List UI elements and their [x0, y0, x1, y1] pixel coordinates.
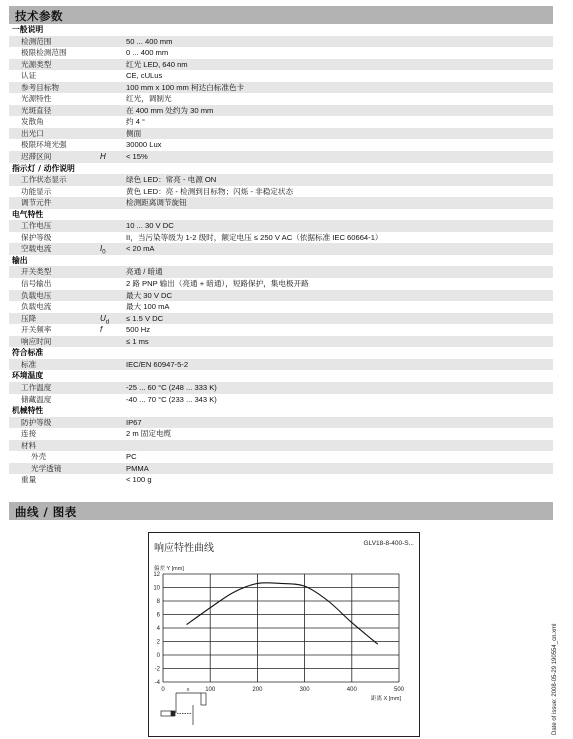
spec-row: 光源特性红光，调制光: [9, 93, 553, 105]
spec-row: 负载电流最大 100 mA: [9, 301, 553, 313]
spec-row: 光学透镜PMMA: [9, 463, 553, 475]
spec-group-header: 环境温度: [9, 370, 553, 382]
spec-group-header: 电气特性: [9, 209, 553, 221]
spec-row: 响应时间≤ 1 ms: [9, 336, 553, 348]
spec-group-header: 一般说明: [9, 24, 553, 36]
spec-value: 绿色 LED：常亮 - 电源 ON: [126, 174, 216, 186]
spec-value: 在 400 mm 处约为 30 mm: [126, 105, 213, 117]
group-title: 机械特性: [12, 405, 43, 417]
spec-value: 检测距离调节旋钮: [126, 197, 187, 209]
spec-row: 极限环境光强30000 Lux: [9, 139, 553, 151]
spec-label: 光源类型: [21, 59, 51, 71]
x-tick-label: 300: [300, 687, 311, 693]
spec-label: 光斑直径: [21, 105, 51, 117]
spec-value: IEC/EN 60947-5-2: [126, 359, 188, 371]
spec-value: 最大 30 V DC: [126, 290, 172, 302]
group-title: 输出: [12, 255, 28, 267]
spec-label: 储藏温度: [21, 394, 51, 406]
spec-row: 检测范围50 ... 400 mm: [9, 36, 553, 48]
y-tick-label: 2: [157, 640, 161, 646]
spec-label: 负载电流: [21, 301, 51, 313]
spec-label: 功能显示: [21, 186, 51, 198]
response-chart: 响应特性曲线 GLV18-8-400-S... 偏差 Y [mm]-4-2024…: [148, 532, 420, 737]
curves-title: 曲线 / 图表: [15, 504, 77, 520]
spec-label: 开关类型: [21, 266, 51, 278]
spec-label: 光源特性: [21, 93, 51, 105]
y-tick-label: 12: [153, 572, 160, 578]
spec-group-header: 符合标准: [9, 347, 553, 359]
tech-params-header: 技术参数: [9, 6, 553, 24]
spec-label: 压降: [21, 313, 36, 325]
spec-value: ≤ 1 ms: [126, 336, 149, 348]
spec-row: 工作温度-25 ... 60 °C (248 ... 333 K): [9, 382, 553, 394]
spec-label: 空载电流: [21, 243, 51, 255]
spec-value: 2 路 PNP 输出（亮通 + 暗通），短路保护，集电极开路: [126, 278, 309, 290]
spec-value: II，当污染等级为 1-2 级时，额定电压 ≤ 250 V AC（依据标准 IE…: [126, 232, 383, 244]
y-tick-label: 8: [157, 599, 161, 605]
spec-value: 100 mm x 100 mm 柯达白标准色卡: [126, 82, 244, 94]
spec-label: 负载电压: [21, 290, 51, 302]
spec-label: 出光口: [21, 128, 44, 140]
spec-row: 负载电压最大 30 V DC: [9, 290, 553, 302]
spec-value: < 100 g: [126, 474, 152, 486]
x-tick-label: 0: [161, 687, 165, 693]
spec-label: 连接: [21, 428, 36, 440]
dimension-x-label: X: [186, 687, 189, 692]
spec-row: 空载电流I0< 20 mA: [9, 243, 553, 255]
spec-group-header: 机械特性: [9, 405, 553, 417]
response-curve: [187, 583, 378, 645]
spec-label: 重量: [21, 474, 36, 486]
group-title: 符合标准: [12, 347, 43, 359]
curves-header: 曲线 / 图表: [9, 502, 553, 520]
spec-value: 约 4 °: [126, 116, 145, 128]
spec-row: 发散角约 4 °: [9, 116, 553, 128]
spec-value: 红光 LED, 640 nm: [126, 59, 188, 71]
group-title: 一般说明: [12, 24, 43, 36]
spec-row: 开关频率f500 Hz: [9, 324, 553, 336]
spec-value: < 15%: [126, 151, 148, 163]
spec-symbol: H: [100, 151, 106, 163]
x-tick-label: 100: [205, 687, 216, 693]
symbol-char: f: [100, 325, 102, 334]
spec-label: 标准: [21, 359, 36, 371]
spec-label: 响应时间: [21, 336, 51, 348]
spec-row: 储藏温度-40 ... 70 °C (233 ... 343 K): [9, 394, 553, 406]
spec-value: PC: [126, 451, 137, 463]
spec-label: 极限环境光强: [21, 139, 67, 151]
spec-value: 亮通 / 暗通: [126, 266, 163, 278]
spec-value: 500 Hz: [126, 324, 150, 336]
spec-label: 极限检测范围: [21, 47, 67, 59]
symbol-char: H: [100, 152, 106, 161]
spec-row: 标准IEC/EN 60947-5-2: [9, 359, 553, 371]
spec-value: 侧面: [126, 128, 141, 140]
tech-params-title: 技术参数: [15, 8, 63, 24]
y-tick-label: 10: [153, 586, 160, 592]
spec-label: 开关频率: [21, 324, 51, 336]
spec-row: 光斑直径在 400 mm 处约为 30 mm: [9, 105, 553, 117]
spec-row: 连接2 m 固定电缆: [9, 428, 553, 440]
spec-row: 参考目标物100 mm x 100 mm 柯达白标准色卡: [9, 82, 553, 94]
spec-value: CE, cULus: [126, 70, 162, 82]
spec-row: 防护等级IP67: [9, 417, 553, 429]
spec-value: 红光，调制光: [126, 93, 172, 105]
spec-row: 重量< 100 g: [9, 474, 553, 486]
issue-date-note: Date of issue: 2008-05-29 190554_cn.xml: [552, 624, 558, 735]
y-axis-label: 偏差 Y [mm]: [154, 564, 184, 572]
y-tick-label: -2: [155, 667, 161, 673]
group-title: 环境温度: [12, 370, 43, 382]
spec-label: 信号输出: [21, 278, 51, 290]
spec-row: 信号输出2 路 PNP 输出（亮通 + 暗通），短路保护，集电极开路: [9, 278, 553, 290]
spec-value: 10 ... 30 V DC: [126, 220, 174, 232]
spec-label: 发散角: [21, 116, 44, 128]
spec-label: 光学透镜: [31, 463, 61, 475]
spec-label: 材料: [21, 440, 36, 452]
spec-row: 调节元件检测距离调节旋钮: [9, 197, 553, 209]
spec-label: 工作温度: [21, 382, 51, 394]
spec-label: 调节元件: [21, 197, 51, 209]
spec-table: 一般说明检测范围50 ... 400 mm极限检测范围0 ... 400 mm光…: [9, 24, 553, 486]
spec-value: PMMA: [126, 463, 149, 475]
spec-value: < 20 mA: [126, 243, 155, 255]
spec-label: 防护等级: [21, 417, 51, 429]
spec-row: 光源类型红光 LED, 640 nm: [9, 59, 553, 71]
y-tick-label: 4: [157, 626, 161, 632]
spec-label: 参考目标物: [21, 82, 59, 94]
spec-value: 30000 Lux: [126, 139, 161, 151]
chart-plot: 偏差 Y [mm]-4-20246810120100200300400500距离…: [149, 533, 419, 736]
spec-value: -25 ... 60 °C (248 ... 333 K): [126, 382, 217, 394]
spec-value: ≤ 1.5 V DC: [126, 313, 163, 325]
sensor-dimension-diagram-icon: [161, 693, 206, 725]
spec-label: 保护等级: [21, 232, 51, 244]
spec-label: 迟滞区间: [21, 151, 51, 163]
spec-value: 0 ... 400 mm: [126, 47, 168, 59]
x-tick-label: 500: [394, 687, 405, 693]
spec-symbol: f: [100, 324, 102, 336]
spec-row: 材料: [9, 440, 553, 452]
spec-row: 认证CE, cULus: [9, 70, 553, 82]
spec-group-header: 输出: [9, 255, 553, 267]
y-tick-label: 0: [157, 653, 161, 659]
spec-row: 出光口侧面: [9, 128, 553, 140]
spec-value: 2 m 固定电缆: [126, 428, 171, 440]
spec-row: 开关类型亮通 / 暗通: [9, 266, 553, 278]
spec-value: 最大 100 mA: [126, 301, 169, 313]
spec-label: 外壳: [31, 451, 46, 463]
spec-row: 工作电压10 ... 30 V DC: [9, 220, 553, 232]
spec-label: 工作电压: [21, 220, 51, 232]
spec-label: 认证: [21, 70, 36, 82]
spec-group-header: 指示灯 / 动作说明: [9, 163, 553, 175]
spec-label: 检测范围: [21, 36, 51, 48]
spec-value: 黄色 LED：亮 - 检测到目标物；闪烁 - 非稳定状态: [126, 186, 293, 198]
spec-row: 工作状态显示绿色 LED：常亮 - 电源 ON: [9, 174, 553, 186]
spec-row: 功能显示黄色 LED：亮 - 检测到目标物；闪烁 - 非稳定状态: [9, 186, 553, 198]
x-axis-label: 距离 X [mm]: [371, 694, 401, 702]
spec-row: 压降Ud≤ 1.5 V DC: [9, 313, 553, 325]
spec-row: 极限检测范围0 ... 400 mm: [9, 47, 553, 59]
spec-value: IP67: [126, 417, 142, 429]
spec-value: -40 ... 70 °C (233 ... 343 K): [126, 394, 217, 406]
group-title: 电气特性: [12, 209, 43, 221]
x-tick-label: 400: [347, 687, 358, 693]
spec-row: 外壳PC: [9, 451, 553, 463]
spec-row: 迟滞区间H< 15%: [9, 151, 553, 163]
spec-value: 50 ... 400 mm: [126, 36, 172, 48]
spec-row: 保护等级II，当污染等级为 1-2 级时，额定电压 ≤ 250 V AC（依据标…: [9, 232, 553, 244]
y-tick-label: -4: [155, 680, 161, 686]
y-tick-label: 6: [157, 613, 161, 619]
spec-label: 工作状态显示: [21, 174, 67, 186]
x-tick-label: 200: [252, 687, 263, 693]
group-title: 指示灯 / 动作说明: [12, 163, 75, 175]
